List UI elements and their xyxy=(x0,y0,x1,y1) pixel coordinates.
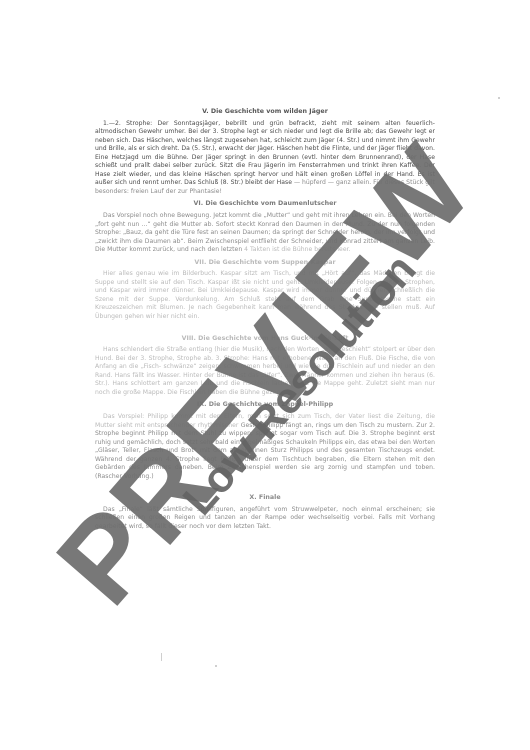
section-heading-v: V. Die Geschichte vom wilden Jäger xyxy=(95,108,435,117)
document-body: V. Die Geschichte vom wilden Jäger 1.—2.… xyxy=(95,108,435,532)
section-text-ix: Das Vorspiel: Philipp kommt mit den Elte… xyxy=(95,413,435,481)
section-heading-x: X. Finale xyxy=(95,494,435,503)
section-text-viii: Hans schlendert die Straße entlang (hier… xyxy=(95,346,435,397)
section-heading-vii: VII. Die Geschichte vom Suppen-Kaspar xyxy=(95,259,435,268)
section-text-vii: Hier alles genau wie im Bilderbuch. Kasp… xyxy=(95,270,435,321)
section-heading-ix: IX. Die Geschichte vom Zappel-Philipp xyxy=(95,401,435,410)
section-text-x: Das „Finale“ läßt sämtliche Spielfiguren… xyxy=(95,506,435,532)
section-heading-viii: VIII. Die Geschichte vom Hans Guck-in-di… xyxy=(95,335,435,344)
scan-speck xyxy=(161,653,162,661)
section-heading-vi: VI. Die Geschichte vom Daumenlutscher xyxy=(95,200,435,209)
section-text-vi: Das Vorspiel noch ohne Bewegung. Jetzt k… xyxy=(95,212,435,255)
section-text-v: 1.—2. Strophe: Der Sonntagsjäger, bebril… xyxy=(95,120,435,197)
scan-speck xyxy=(215,665,217,667)
document-page: V. Die Geschichte vom wilden Jäger 1.—2.… xyxy=(0,0,530,750)
scan-speck xyxy=(498,97,500,99)
